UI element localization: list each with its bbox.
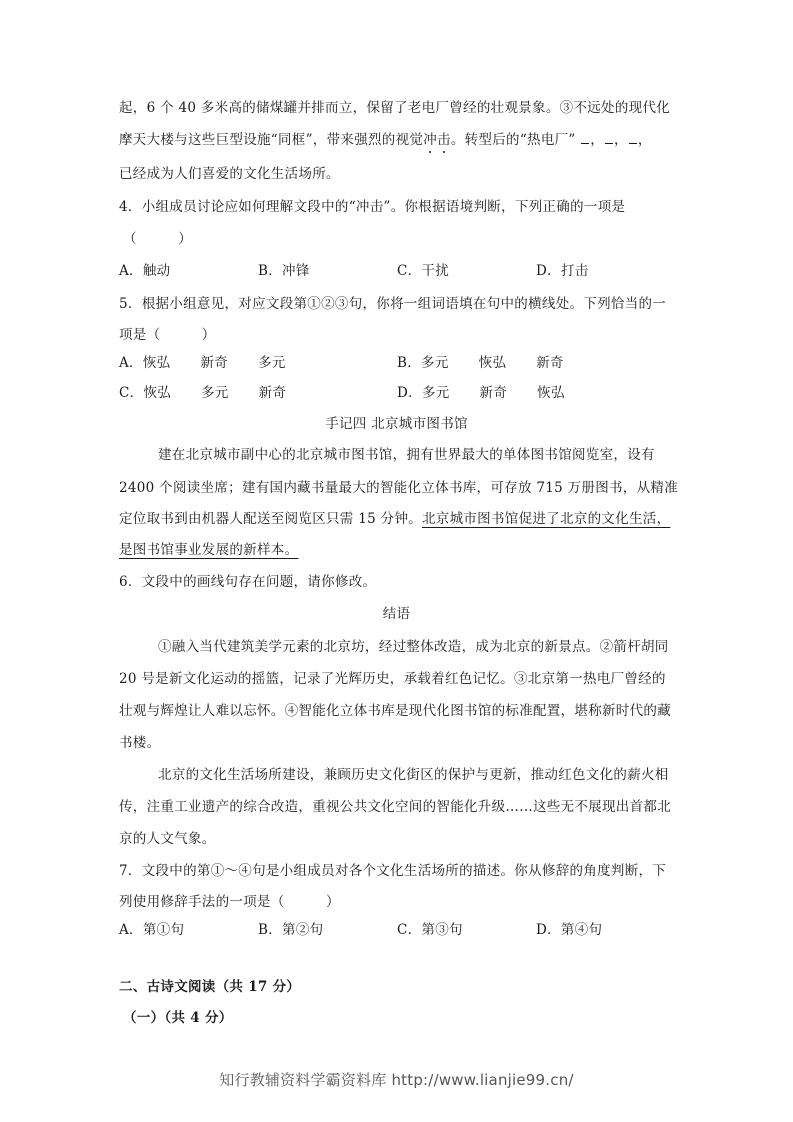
section-title-notes-4: 手记四 北京城市图书馆 [0,414,793,434]
word: 新奇 [259,385,287,401]
passage-line: 是图书馆事业发展的新样本。 [119,540,298,560]
passage-text: 摩天大楼与这些巨型设施“同框”，带来强烈的视觉 [119,132,423,148]
q4-option-c[interactable]: C．干扰 [397,261,449,281]
q7-option-c[interactable]: C．第③句 [397,920,463,940]
question-7-stem: 列使用修辞手法的一项是（ ） [119,892,340,912]
q5-option-c[interactable]: C．恢弘多元新奇 [119,383,286,403]
passage-line: 2400 个阅读坐席；建有国内藏书量最大的智能化立体书库，可存放 715 万册图… [119,478,678,498]
passage-line: ①融入当代建筑美学元素的北京坊，经过整体改造，成为北京的新景点。②箭杆胡同 [158,637,669,657]
emphasis-dot-char: 击 [437,132,451,148]
comma: ， [590,132,604,148]
word: 新奇 [200,355,228,371]
word: 新奇 [480,385,508,401]
emphasis-dot-char: 冲 [423,132,437,148]
q4-option-a[interactable]: A．触动 [119,261,170,281]
comma: ， [614,132,628,148]
question-7-stem: 7．文段中的第①～④句是小组成员对各个文化生活场所的描述。你从修辞的角度判断，下 [119,861,666,881]
passage-line: 京的人文气象。 [119,829,216,849]
option-label: D． [397,385,422,401]
word: 恢弘 [143,355,171,371]
q7-option-a[interactable]: A．第①句 [119,920,184,940]
passage-line: 起，6 个 40 多米高的储煤罐并排而立，保留了老电厂曾经的壮观景象。③不远处的… [119,98,670,118]
word: 多元 [422,385,450,401]
word: 恢弘 [143,385,171,401]
passage-line: 20 号是新文化运动的摇篮，记录了光辉历史，承载着红色记忆。③北京第一热电厂曾经… [119,669,666,689]
underlined-sentence: 北京城市图书馆促进了北京的文化生活， [422,511,670,527]
footer-watermark: 知行教辅资料学霸资料库 http://www.lianjie99.cn/ [0,1069,793,1090]
option-label: C． [119,385,143,401]
fill-blank-3[interactable] [629,131,637,144]
underlined-sentence: 是图书馆事业发展的新样本。 [119,542,298,558]
word: 恢弘 [537,385,565,401]
passage-line: 传，注重工业遗产的综合改造，重视公共文化空间的智能化升级……这些无不展现出首都北 [119,797,671,817]
passage-line: 定位取书到由机器人配送至阅览区只需 15 分钟。北京城市图书馆促进了北京的文化生… [119,509,670,529]
comma: ， [638,132,652,148]
subsection-heading: （一）（共 4 分） [123,1008,233,1028]
passage-line: 北京的文化生活场所建设，兼顾历史文化街区的保护与更新，推动红色文化的薪火相 [158,765,669,785]
q4-option-b[interactable]: B．冲锋 [258,261,310,281]
fill-blank-2[interactable] [605,131,613,144]
passage-line: 壮观与辉煌让人难以忘怀。④智能化立体书库是现代化图书馆的标准配置，堪称新时代的藏 [119,701,671,721]
q4-option-d[interactable]: D．打击 [536,261,589,281]
q7-option-d[interactable]: D．第④句 [536,920,602,940]
exam-page: 起，6 个 40 多米高的储煤罐并排而立，保留了老电厂曾经的壮观景象。③不远处的… [0,0,793,1122]
q5-option-b[interactable]: B．多元恢弘新奇 [397,353,564,373]
passage-text: 定位取书到由机器人配送至阅览区只需 15 分钟。 [119,511,422,527]
section-title-conclusion: 结语 [0,604,793,624]
q7-option-b[interactable]: B．第②句 [258,920,323,940]
passage-text: 。转型后的“热电厂” [451,132,576,148]
option-label: B． [397,355,421,371]
passage-line: 建在北京城市副中心的北京城市图书馆，拥有世界最大的单体图书馆阅览室，设有 [158,445,655,465]
q5-option-d[interactable]: D．多元新奇恢弘 [397,383,565,403]
fill-blank-1[interactable] [581,131,589,144]
word: 多元 [258,355,286,371]
word: 多元 [201,385,229,401]
option-label: A． [119,355,143,371]
word: 多元 [421,355,449,371]
question-4-answer-paren[interactable]: （ ） [123,229,192,249]
question-4-stem: 4．小组成员讨论应如何理解文段中的“冲击”。你根据语境判断，下列正确的一项是 [119,197,625,217]
word: 恢弘 [479,355,507,371]
q5-option-a[interactable]: A．恢弘新奇多元 [119,353,286,373]
section-heading-classical-reading: 二、古诗文阅读（共 17 分） [119,977,300,997]
question-5-stem: 5．根据小组意见，对应文段第①②③句，你将一组词语填在句中的横线处。下列恰当的一 [119,294,666,314]
word: 新奇 [536,355,564,371]
passage-line: 摩天大楼与这些巨型设施“同框”，带来强烈的视觉冲击。转型后的“热电厂” ，，， [119,130,652,150]
question-6-stem: 6．文段中的画线句存在问题，请你修改。 [119,572,376,592]
passage-line: 已经成为人们喜爱的文化生活场所。 [119,164,340,184]
question-5-stem: 项是（ ） [119,325,216,345]
passage-line: 书楼。 [119,733,160,753]
